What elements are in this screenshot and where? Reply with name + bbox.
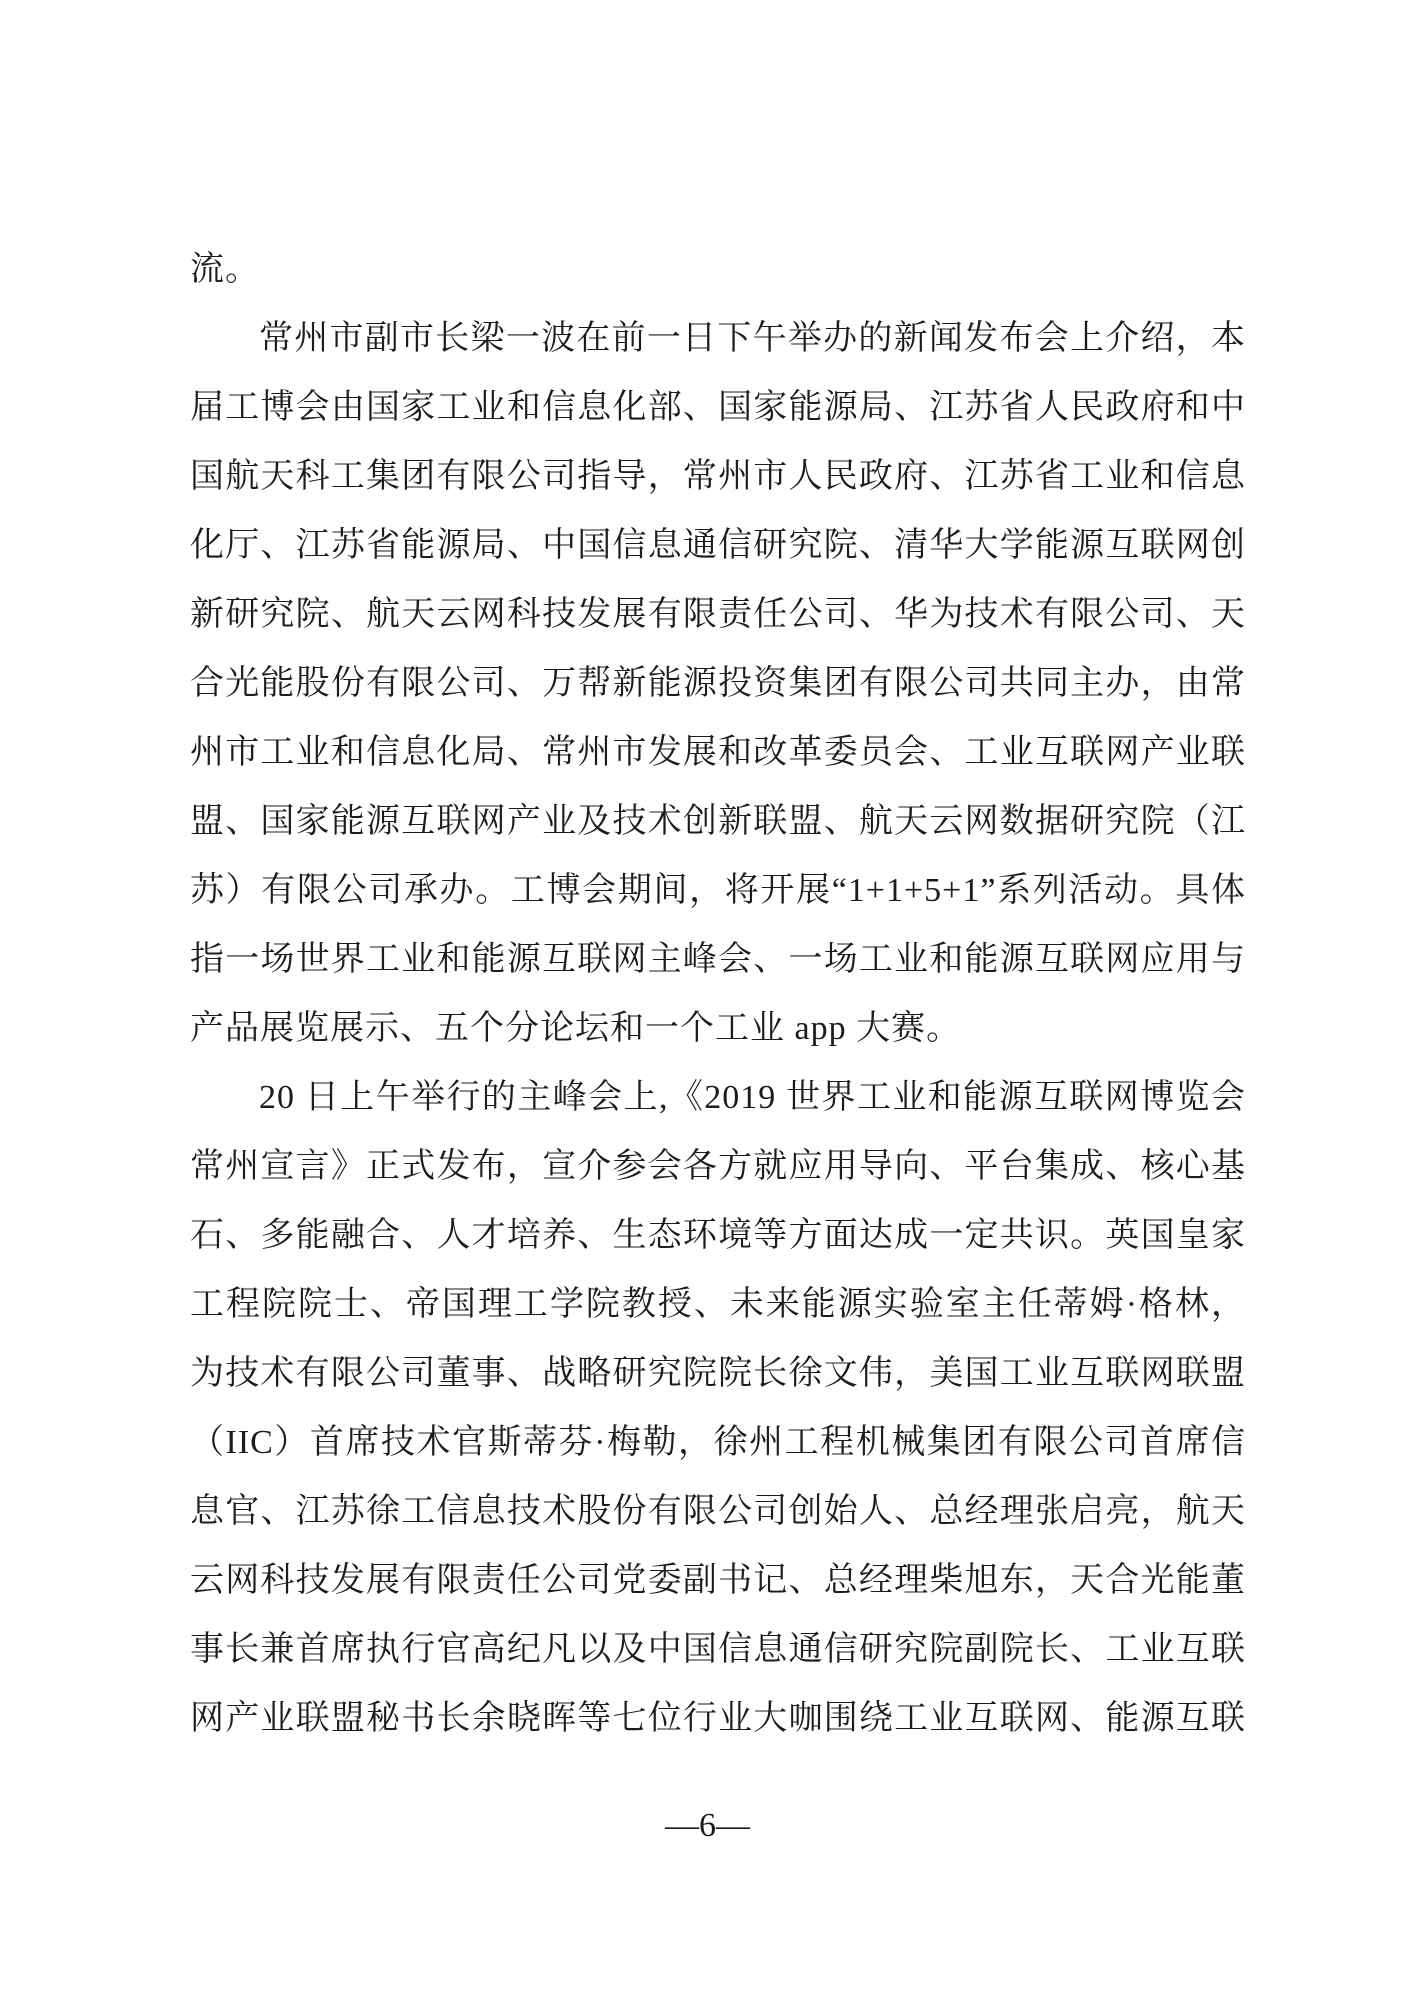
text-line: 石、多能融合、人才培养、生态环境等方面达成一定共识。英国皇家	[190, 1201, 1246, 1270]
text-block: 流。常州市副市长梁一波在前一日下午举办的新闻发布会上介绍，本届工博会由国家工业和…	[190, 235, 1246, 1753]
text-line: 常州市副市长梁一波在前一日下午举办的新闻发布会上介绍，本	[190, 304, 1246, 373]
text-line: 为技术有限公司董事、战略研究院院长徐文伟，美国工业互联网联盟	[190, 1339, 1246, 1408]
page-number: —6—	[0, 1806, 1415, 1846]
text-line: 州市工业和信息化局、常州市发展和改革委员会、工业互联网产业联	[190, 718, 1246, 787]
document-page: 流。常州市副市长梁一波在前一日下午举办的新闻发布会上介绍，本届工博会由国家工业和…	[0, 0, 1415, 2000]
text-line: 20 日上午举行的主峰会上,《2019 世界工业和能源互联网博览会	[190, 1063, 1246, 1132]
text-line: 息官、江苏徐工信息技术股份有限公司创始人、总经理张启亮，航天	[190, 1477, 1246, 1546]
text-line: 工程院院士、帝国理工学院教授、未来能源实验室主任蒂姆·格林，华	[190, 1270, 1246, 1339]
text-line: 云网科技发展有限责任公司党委副书记、总经理柴旭东，天合光能董	[190, 1546, 1246, 1615]
text-line: 盟、国家能源互联网产业及技术创新联盟、航天云网数据研究院（江	[190, 787, 1246, 856]
text-line: （IIC）首席技术官斯蒂芬·梅勒，徐州工程机械集团有限公司首席信	[190, 1408, 1246, 1477]
text-line: 届工博会由国家工业和信息化部、国家能源局、江苏省人民政府和中	[190, 373, 1246, 442]
text-line: 苏）有限公司承办。工博会期间，将开展“1+1+5+1”系列活动。具体	[190, 856, 1246, 925]
text-line: 合光能股份有限公司、万帮新能源投资集团有限公司共同主办，由常	[190, 649, 1246, 718]
text-line: 事长兼首席执行官高纪凡以及中国信息通信研究院副院长、工业互联	[190, 1615, 1246, 1684]
text-line: 流。	[190, 235, 1246, 304]
text-line: 国航天科工集团有限公司指导，常州市人民政府、江苏省工业和信息	[190, 442, 1246, 511]
text-line: 网产业联盟秘书长余晓晖等七位行业大咖围绕工业互联网、能源互联	[190, 1684, 1246, 1753]
text-line: 常州宣言》正式发布，宣介参会各方就应用导向、平台集成、核心基	[190, 1132, 1246, 1201]
text-line: 产品展览展示、五个分论坛和一个工业 app 大赛。	[190, 994, 1246, 1063]
text-line: 化厅、江苏省能源局、中国信息通信研究院、清华大学能源互联网创	[190, 511, 1246, 580]
text-line: 新研究院、航天云网科技发展有限责任公司、华为技术有限公司、天	[190, 580, 1246, 649]
text-line: 指一场世界工业和能源互联网主峰会、一场工业和能源互联网应用与	[190, 925, 1246, 994]
